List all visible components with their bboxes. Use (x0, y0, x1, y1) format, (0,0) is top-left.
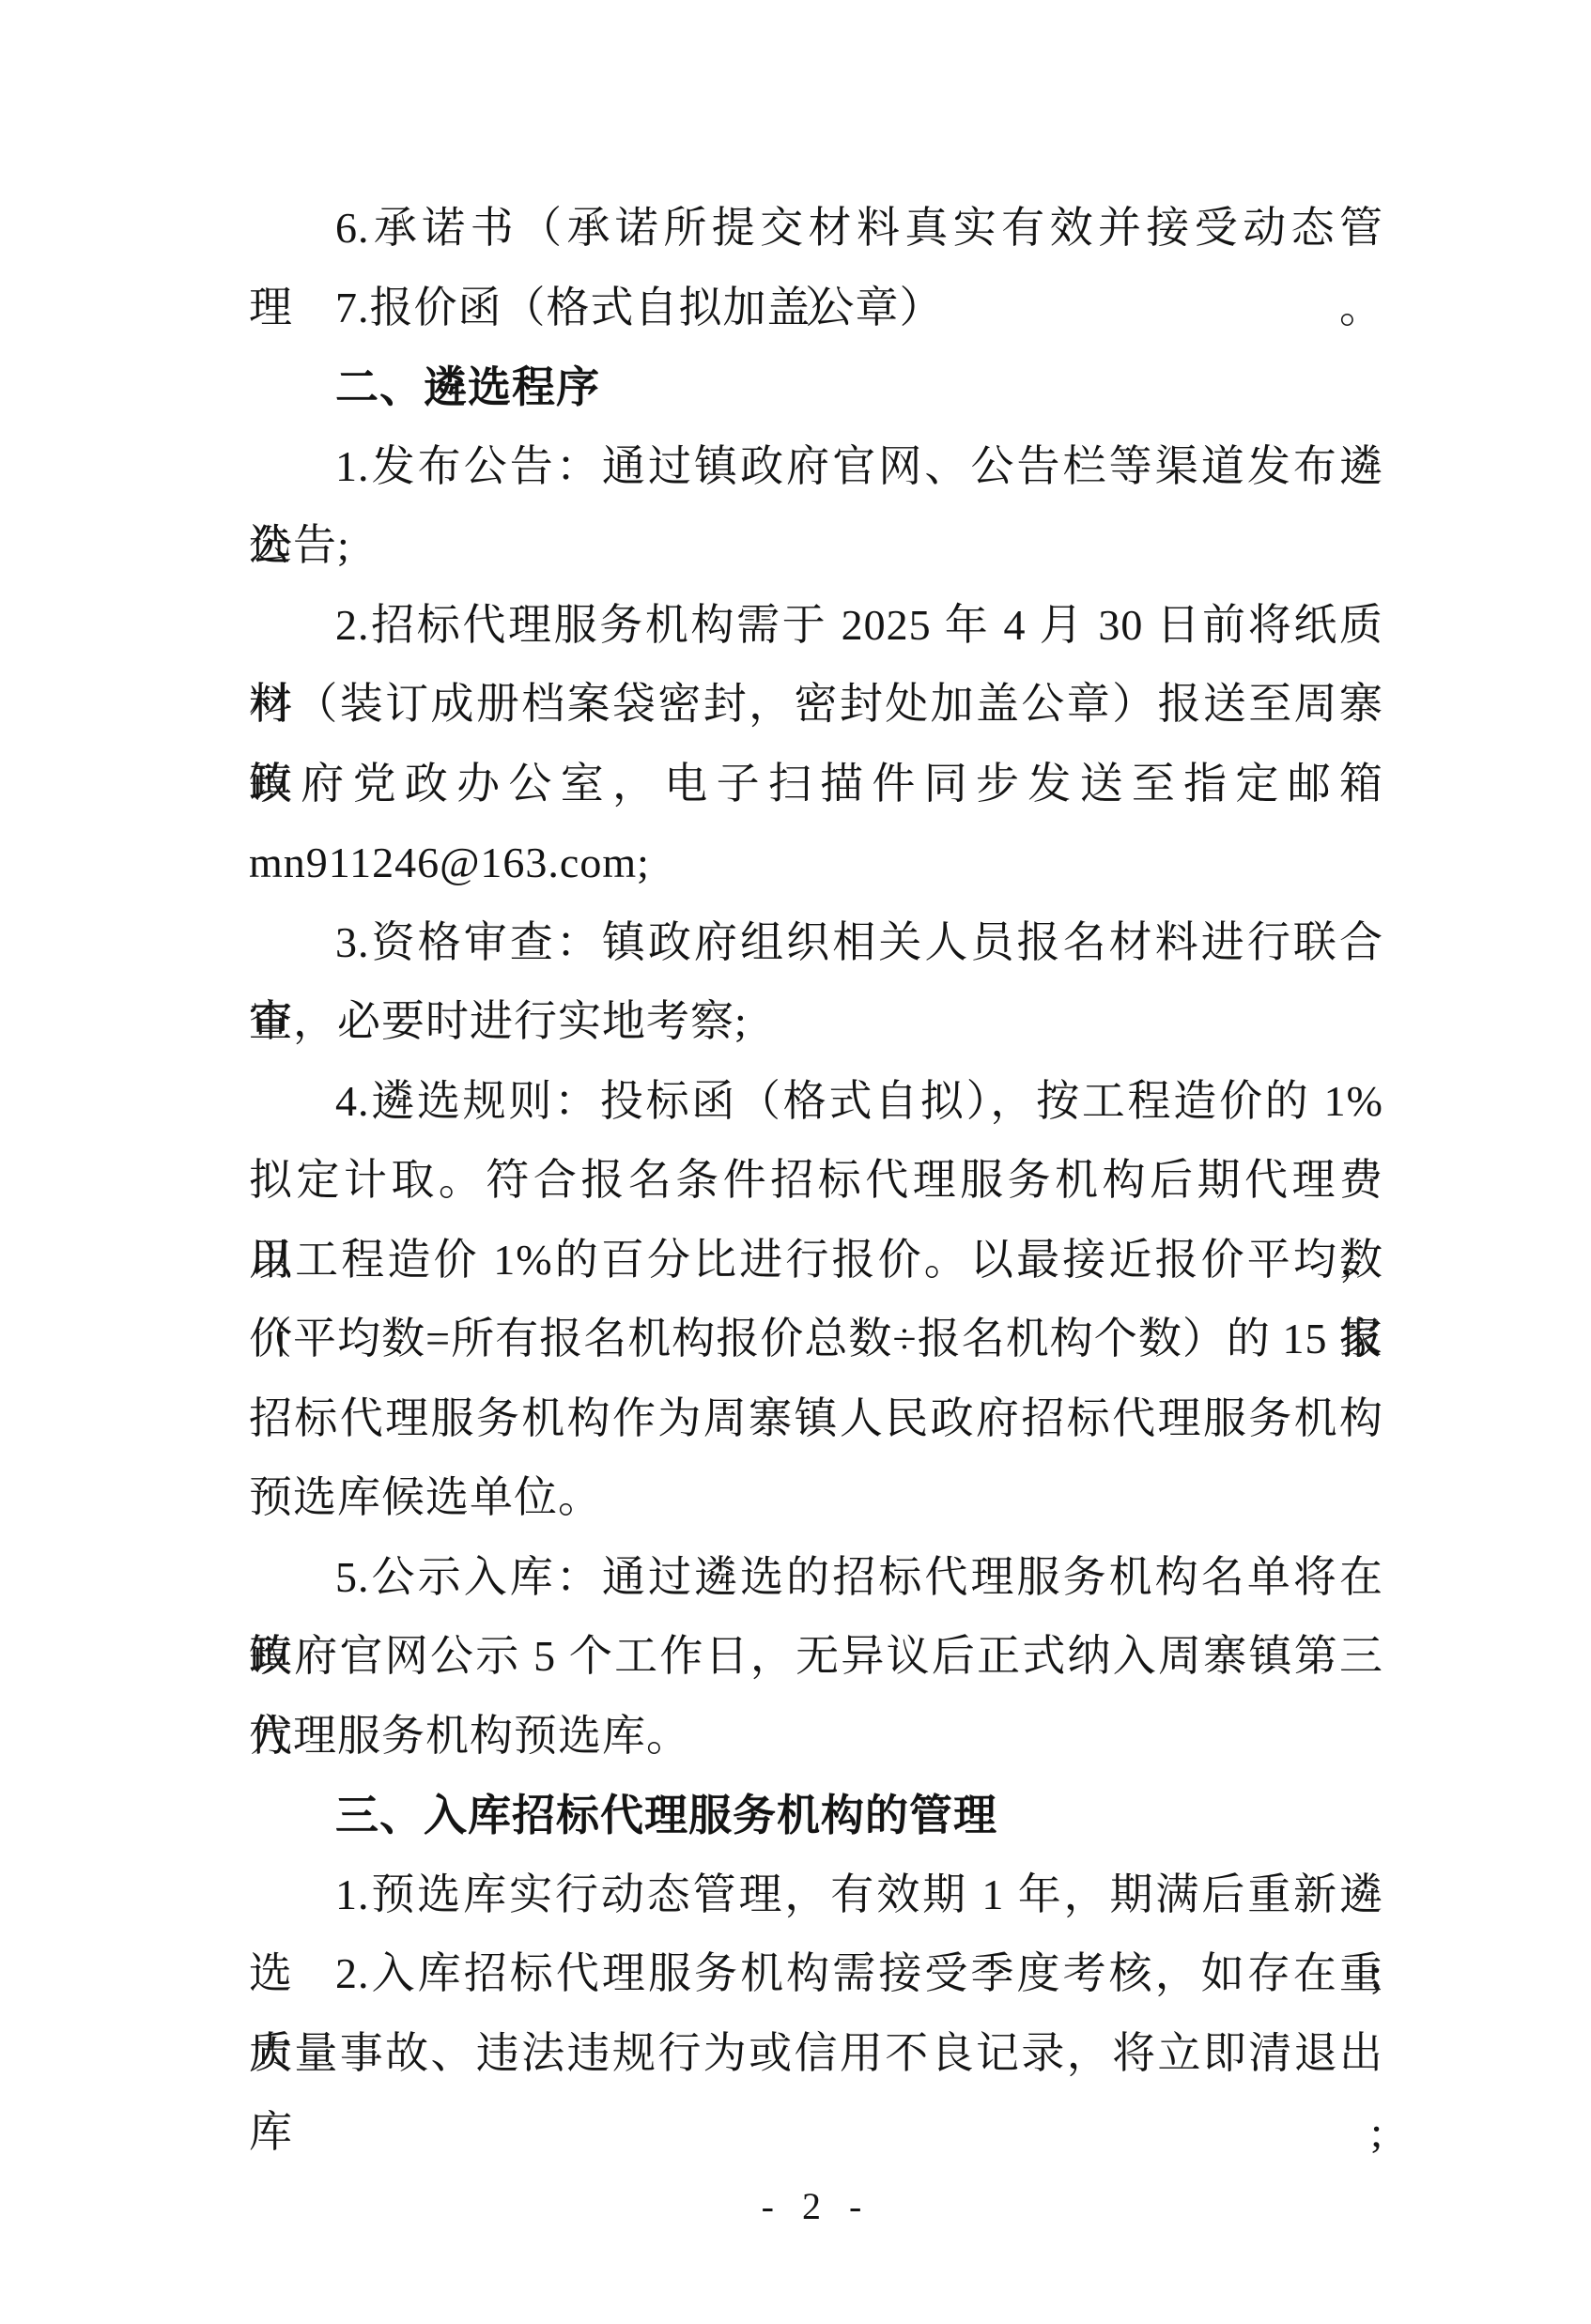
body-line: 政府党政办公室，电子扫描件同步发送至指定邮箱 (249, 745, 1383, 824)
body-line: 查，必要时进行实地考察; (249, 982, 1383, 1062)
body-line: 2.招标代理服务机构需于 2025 年 4 月 30 日前将纸质材 (249, 586, 1383, 666)
body-line: 3.资格审查：镇政府组织相关人员报名材料进行联合审 (249, 903, 1383, 983)
body-line: 1.发布公告：通过镇政府官网、公告栏等渠道发布遴选 (249, 427, 1383, 507)
document-body: 6.承诺书（承诺所提交材料真实有效并接受动态管理）。7.报价函（格式自拟加盖公章… (249, 189, 1383, 2093)
body-line: mn911246@163.com; (249, 823, 1383, 903)
section-heading: 三、入库招标代理服务机构的管理 (249, 1776, 1383, 1855)
body-line: 政府官网公示 5 个工作日，无异议后正式纳入周寨镇第三方 (249, 1617, 1383, 1697)
body-line: 1.预选库实行动态管理，有效期 1 年，期满后重新遴选; (249, 1855, 1383, 1935)
body-line: 4.遴选规则：投标函（格式自拟），按工程造价的 1% (249, 1062, 1383, 1142)
document-page: 6.承诺书（承诺所提交材料真实有效并接受动态管理）。7.报价函（格式自拟加盖公章… (0, 0, 1591, 2324)
body-line: 拟定计取。符合报名条件招标代理服务机构后期代理费用， (249, 1141, 1383, 1221)
body-line: 2.入库招标代理服务机构需接受季度考核，如存在重大 (249, 1934, 1383, 2014)
body-line: 5.公示入库：通过遴选的招标代理服务机构名单将在镇 (249, 1538, 1383, 1618)
body-line: 质量事故、违法违规行为或信用不良记录，将立即清退出库; (249, 2014, 1383, 2094)
body-line: 以工程造价 1%的百分比进行报价。以最接近报价平均数（报 (249, 1221, 1383, 1301)
page-number: - 2 - (249, 2184, 1383, 2228)
body-line: 价平均数=所有报名机构报价总数÷报名机构个数）的 15 家 (249, 1300, 1383, 1379)
body-line: 预选库候选单位。 (249, 1458, 1383, 1538)
body-line: 料（装订成册档案袋密封，密封处加盖公章）报送至周寨镇 (249, 665, 1383, 745)
section-heading: 二、遴选程序 (249, 347, 1383, 427)
body-line: 招标代理服务机构作为周寨镇人民政府招标代理服务机构 (249, 1379, 1383, 1459)
body-line: 6.承诺书（承诺所提交材料真实有效并接受动态管理）。 (249, 189, 1383, 269)
body-line: 公告; (249, 506, 1383, 586)
body-line: 代理服务机构预选库。 (249, 1697, 1383, 1777)
